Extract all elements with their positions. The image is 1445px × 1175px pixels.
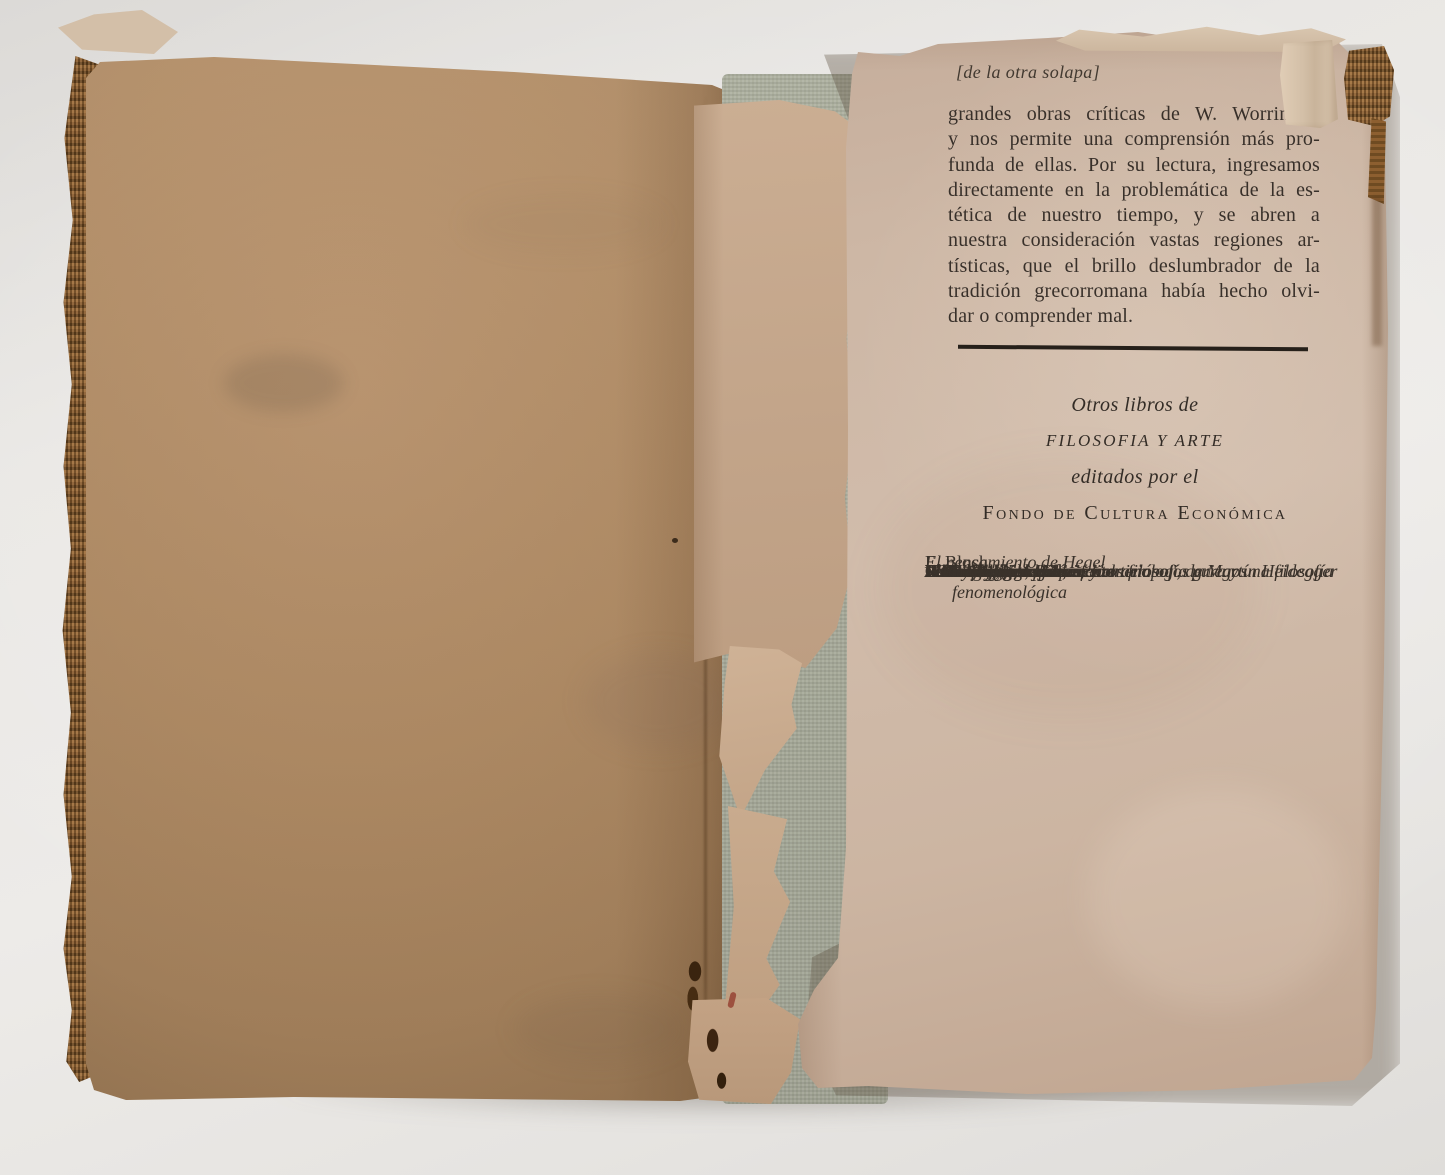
ink-speck — [672, 538, 678, 543]
paper-smudge — [464, 194, 664, 254]
paragraph-line: dar o comprender mal. — [948, 304, 1320, 329]
paragraph-line: tradición grecorromana había hecho olvi- — [948, 279, 1320, 304]
book-list: E. Bloch,El pensamiento de Hegel E. Cass… — [952, 552, 1344, 561]
heading-line: Otros libros de — [946, 394, 1324, 416]
torn-endpaper-stub — [694, 100, 858, 668]
torn-paper-fragment-top-left — [58, 10, 178, 54]
paragraph-line: grandes obras críticas de W. Worringer, — [948, 102, 1320, 127]
flap-caption: [de la otra solapa] — [956, 62, 1100, 83]
flap-paragraph: grandes obras críticas de W. Worringer, … — [948, 102, 1320, 330]
paragraph-line: tética de nuestro tiempo, y se abren a — [948, 203, 1320, 228]
right-edge-shadow — [1372, 196, 1382, 346]
paper-smudge — [514, 994, 684, 1064]
paragraph-line: nuestra consideración vastas regiones ar… — [948, 228, 1320, 253]
paragraph-line: tísticas, que el brillo deslumbrador de … — [948, 254, 1320, 279]
heading-line: editados por el — [946, 466, 1324, 488]
book-title: Estética — [952, 561, 983, 582]
horizontal-rule — [958, 345, 1308, 351]
heading-line: FILOSOFIA Y ARTE — [946, 430, 1324, 452]
burlap-patch-top-right — [1344, 46, 1394, 126]
jacket-flap-page: [de la otra solapa] grandes obras crític… — [788, 28, 1392, 1102]
paper-mottling — [1088, 788, 1348, 1008]
series-heading: Otros libros de FILOSOFIA Y ARTE editado… — [946, 394, 1324, 538]
book-photo: [de la otra solapa] grandes obras crític… — [0, 0, 1445, 1175]
paragraph-line: funda de ellas. Por su lectura, ingresam… — [948, 153, 1320, 178]
left-pastedown-page — [84, 54, 748, 1104]
folded-paper-fragment — [1280, 40, 1338, 128]
paragraph-line: y nos permite una comprensión más pro- — [948, 127, 1320, 152]
paragraph-line: directamente en la problemática de la es… — [948, 178, 1320, 203]
heading-publisher: Fondo de Cultura Económica — [946, 502, 1324, 524]
paper-smudge — [224, 354, 344, 412]
paper-smudge — [584, 654, 734, 749]
